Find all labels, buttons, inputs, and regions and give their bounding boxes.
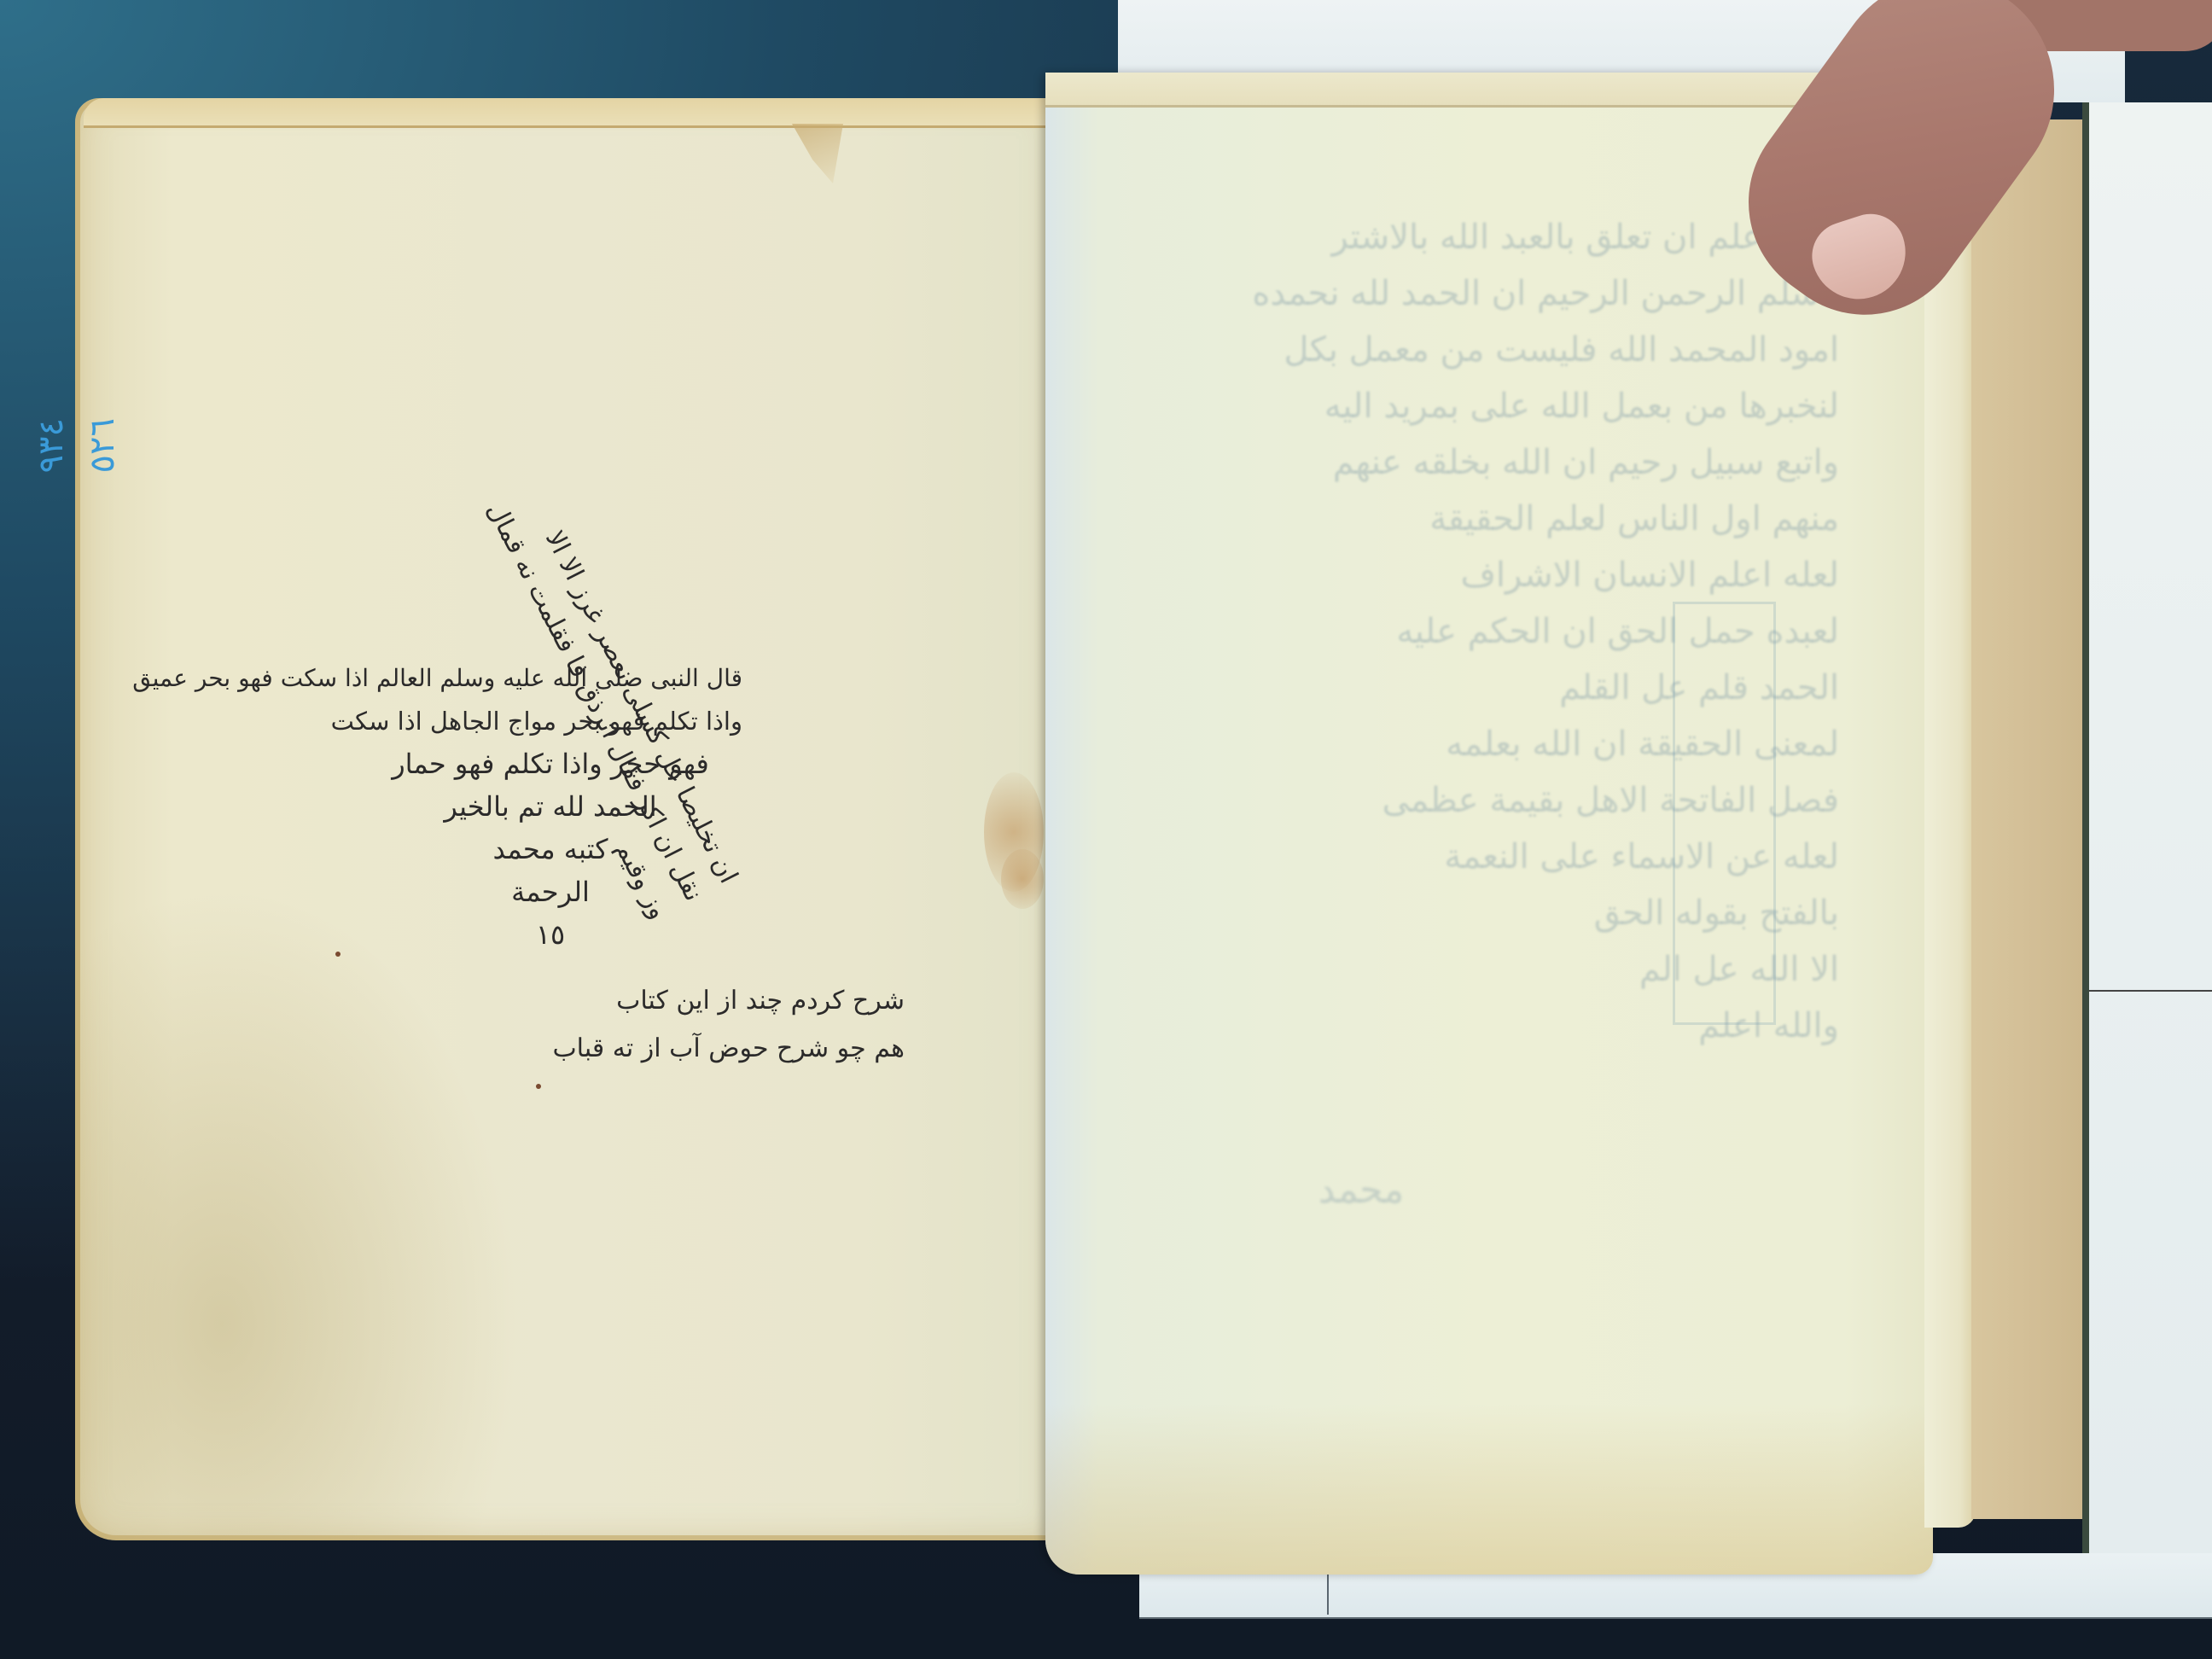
right-manuscript-page: لعله اعلم ان تعلق بالعبد الله بالاشتر لا… bbox=[1045, 73, 1933, 1575]
ink-speck bbox=[335, 952, 341, 957]
catalog-number-label: ٩٣٤ ٥٢٦ bbox=[26, 418, 111, 473]
persian-couplet: شرح کردم چند از این کتاب هم چو شرح حوض آ… bbox=[649, 977, 905, 1073]
couplet-line: شرح کردم چند از این کتاب bbox=[649, 977, 905, 1025]
bleed-line: واتبع سبیل رحیم ان الله بخلقه عنهم bbox=[1071, 434, 1839, 491]
catalog-label-card bbox=[2082, 102, 2212, 1553]
bleed-line: لعله اعلم ان تعلق بالعبد الله بالاشتر bbox=[1071, 209, 1839, 265]
cardboard-strip bbox=[1971, 119, 2082, 1519]
bleed-through-seal: محمد bbox=[1182, 1165, 1540, 1421]
hadith-colophon-block: قال النبی صلی الله علیه وسلم العالم اذا … bbox=[358, 657, 742, 956]
bleed-line: منهم اول الناس لعلم الحقیقة bbox=[1071, 491, 1839, 547]
catalog-number: ٩٣٤ bbox=[26, 418, 77, 473]
bleed-through-frame bbox=[1673, 602, 1776, 1025]
page-tear bbox=[792, 124, 843, 183]
hadith-line: قال النبی صلی الله علیه وسلم العالم اذا … bbox=[358, 657, 742, 700]
bleed-line: امود المحمد الله فلیست من معمل بکل bbox=[1071, 322, 1839, 378]
bleed-line: لنخبرها من بعمل الله علی بمرید الیه bbox=[1071, 378, 1839, 434]
hadith-line: واذا تکلم فهو بحر مواج الجاهل اذا سکت bbox=[358, 700, 742, 742]
ink-speck bbox=[536, 1084, 541, 1089]
couplet-line: هم چو شرح حوض آب از ته قباب bbox=[649, 1025, 905, 1073]
label-divider bbox=[2089, 990, 2212, 992]
hadith-line: ١٥ bbox=[358, 913, 742, 956]
hadith-line: فهو حجر واذا تکلم فهو حمار bbox=[358, 742, 742, 785]
hadith-line: کتبه محمد bbox=[358, 828, 742, 870]
foxing-stain bbox=[1001, 849, 1044, 909]
catalog-number: ٥٢٦ bbox=[77, 418, 128, 473]
page-stack-edges bbox=[1924, 128, 1976, 1528]
page-bottom-foxing bbox=[1045, 1404, 1933, 1575]
bleed-line: لاسلم الرحمن الرحیم ان الحمد لله نحمده bbox=[1071, 265, 1839, 322]
page-top-fold bbox=[1045, 73, 1924, 108]
page-top-edge-stain bbox=[84, 98, 1057, 128]
hadith-line: الرحمة bbox=[358, 870, 742, 913]
hadith-line: الحمد لله تم بالخیر bbox=[358, 785, 742, 828]
bleed-line: لعله اعلم الانسان الاشراف bbox=[1071, 547, 1839, 603]
